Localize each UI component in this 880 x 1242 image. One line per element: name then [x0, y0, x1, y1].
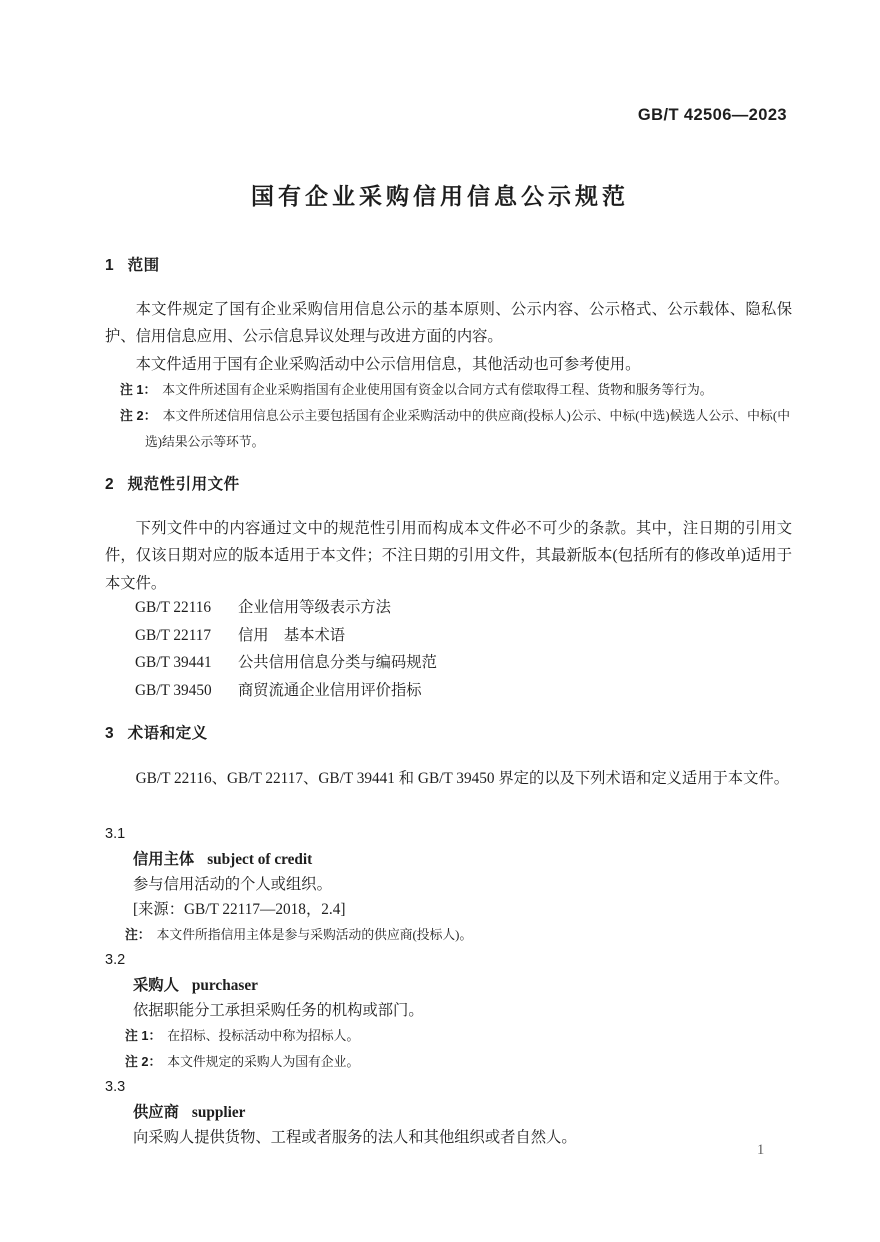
section-1-title: 范围 — [128, 257, 160, 274]
reference-name: 公共信用信息分类与编码规范 — [238, 654, 437, 671]
note-text: 本文件所指信用主体是参与采购活动的供应商(投标人)。 — [157, 928, 473, 942]
reference-code: GB/T 39450 — [135, 677, 238, 705]
term-3-2-zh: 采购人 — [133, 977, 179, 994]
section-3-title: 术语和定义 — [128, 725, 208, 742]
term-3-2-en: purchaser — [192, 977, 258, 994]
term-3-3-en: supplier — [192, 1104, 246, 1121]
reference-code: GB/T 22116 — [135, 594, 238, 622]
section-1-paragraph-1: 本文件规定了国有企业采购信用信息公示的基本原则、公示内容、公示格式、公示载体、隐… — [105, 296, 792, 351]
term-3-3-definition: 向采购人提供货物、工程或者服务的法人和其他组织或者自然人。 — [105, 1125, 792, 1150]
note-label: 注 2： — [120, 408, 163, 423]
section-2-title: 规范性引用文件 — [128, 476, 240, 493]
term-3-1-source: [来源：GB/T 22117—2018，2.4] — [105, 897, 792, 922]
section-1-note-1: 注 1：本文件所述国有企业采购指国有企业使用国有资金以合同方式有偿取得工程、货物… — [120, 377, 790, 403]
reference-item: GB/T 22117信用 基本术语 — [135, 622, 792, 650]
note-text: 在招标、投标活动中称为招标人。 — [167, 1029, 359, 1043]
term-3-2-number: 3.2 — [105, 948, 792, 973]
reference-item: GB/T 39441公共信用信息分类与编码规范 — [135, 649, 792, 677]
note-text: 本文件所述信用信息公示主要包括国有企业采购活动中的供应商(投标人)公示、中标(中… — [145, 409, 790, 448]
section-3-paragraph-1: GB/T 22116、GB/T 22117、GB/T 39441 和 GB/T … — [105, 765, 792, 792]
reference-name: 商贸流通企业信用评价指标 — [238, 682, 422, 699]
term-3-1-note: 注：本文件所指信用主体是参与采购活动的供应商(投标人)。 — [105, 922, 792, 948]
reference-item: GB/T 22116企业信用等级表示方法 — [135, 594, 792, 622]
standard-document-page: GB/T 42506—2023 国有企业采购信用信息公示规范 1范围 本文件规定… — [0, 0, 880, 1242]
note-label: 注： — [125, 927, 157, 942]
term-3-1-number: 3.1 — [105, 822, 792, 847]
term-3-2-title: 采购人purchaser — [105, 973, 792, 998]
term-3-1-en: subject of credit — [207, 851, 312, 868]
note-text: 本文件规定的采购人为国有企业。 — [167, 1055, 359, 1069]
term-3-3-title: 供应商supplier — [105, 1100, 792, 1125]
section-3-heading: 3术语和定义 — [105, 721, 208, 743]
section-3-body: GB/T 22116、GB/T 22117、GB/T 39441 和 GB/T … — [105, 765, 792, 792]
normative-references-list: GB/T 22116企业信用等级表示方法 GB/T 22117信用 基本术语 G… — [135, 594, 792, 704]
reference-code: GB/T 39441 — [135, 649, 238, 677]
document-code: GB/T 42506—2023 — [638, 106, 787, 125]
reference-name: 信用 基本术语 — [238, 627, 345, 644]
note-label: 注 1： — [120, 382, 162, 397]
term-3-3-number: 3.3 — [105, 1075, 792, 1100]
section-1-notes: 注 1：本文件所述国有企业采购指国有企业使用国有资金以合同方式有偿取得工程、货物… — [120, 377, 790, 455]
reference-name: 企业信用等级表示方法 — [238, 599, 391, 616]
note-text: 本文件所述国有企业采购指国有企业使用国有资金以合同方式有偿取得工程、货物和服务等… — [162, 383, 712, 397]
note-label: 注 1： — [125, 1028, 167, 1043]
note-label: 注 2： — [125, 1054, 167, 1069]
term-3-2-note-1: 注 1：在招标、投标活动中称为招标人。 — [105, 1023, 792, 1049]
section-3-number: 3 — [105, 725, 114, 743]
section-1-body: 本文件规定了国有企业采购信用信息公示的基本原则、公示内容、公示格式、公示载体、隐… — [105, 296, 792, 378]
term-3-1-zh: 信用主体 — [133, 851, 194, 868]
term-3-1-title: 信用主体subject of credit — [105, 847, 792, 872]
terms-and-definitions: 3.1 信用主体subject of credit 参与信用活动的个人或组织。 … — [105, 822, 792, 1150]
section-1-heading: 1范围 — [105, 253, 160, 275]
reference-item: GB/T 39450商贸流通企业信用评价指标 — [135, 677, 792, 705]
page-number: 1 — [757, 1142, 764, 1159]
term-3-3-zh: 供应商 — [133, 1104, 179, 1121]
section-1-number: 1 — [105, 257, 114, 275]
section-1-paragraph-2: 本文件适用于国有企业采购活动中公示信用信息，其他活动也可参考使用。 — [105, 351, 792, 378]
section-2-body: 下列文件中的内容通过文中的规范性引用而构成本文件必不可少的条款。其中，注日期的引… — [105, 515, 792, 597]
reference-code: GB/T 22117 — [135, 622, 238, 650]
document-title: 国有企业采购信用信息公示规范 — [0, 178, 880, 211]
section-1-note-2: 注 2：本文件所述信用信息公示主要包括国有企业采购活动中的供应商(投标人)公示、… — [120, 403, 790, 455]
section-2-number: 2 — [105, 476, 114, 494]
term-3-2-definition: 依据职能分工承担采购任务的机构或部门。 — [105, 998, 792, 1023]
term-3-1-definition: 参与信用活动的个人或组织。 — [105, 872, 792, 897]
section-2-heading: 2规范性引用文件 — [105, 472, 240, 494]
term-3-2-note-2: 注 2：本文件规定的采购人为国有企业。 — [105, 1049, 792, 1075]
section-2-paragraph-1: 下列文件中的内容通过文中的规范性引用而构成本文件必不可少的条款。其中，注日期的引… — [105, 515, 792, 597]
